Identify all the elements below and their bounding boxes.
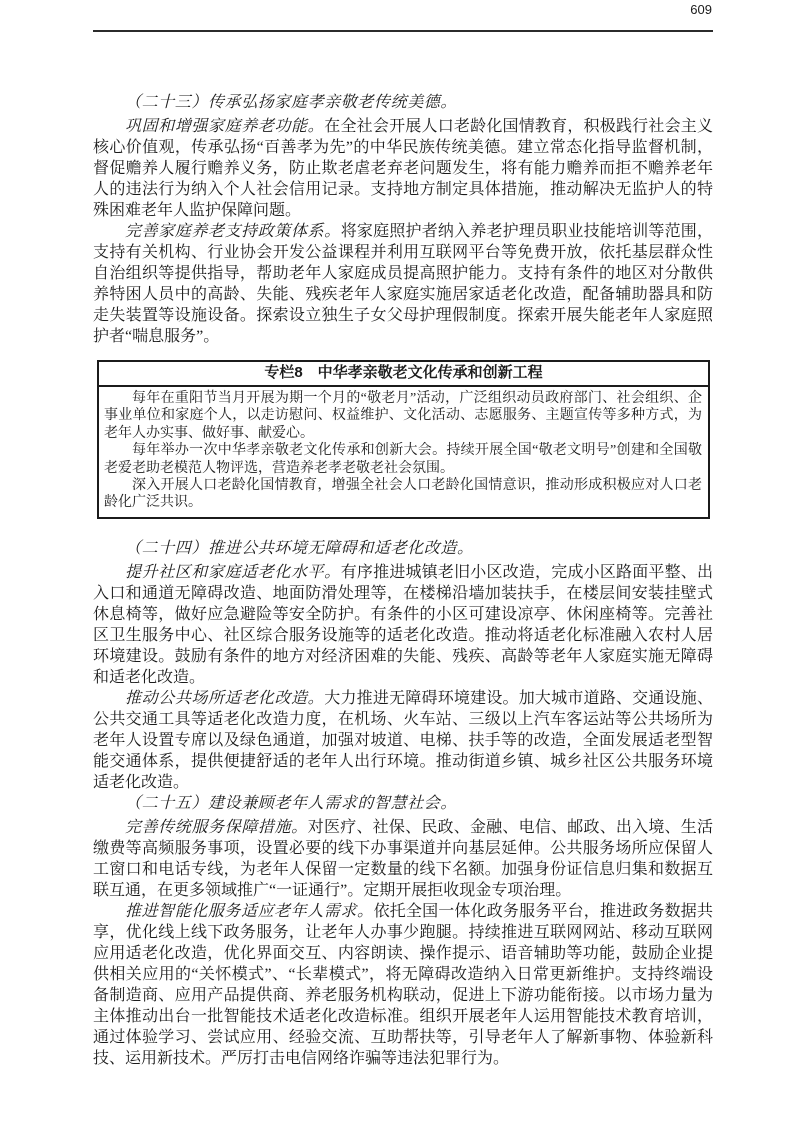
paragraph-lead: 巩固和增强家庭养老功能。 (125, 118, 324, 135)
box-paragraph: 每年在重阳节当月开展为期一个月的“敬老月”活动，广泛组织动员政府部门、社会组织、… (104, 390, 702, 442)
paragraph-family-support-functions: 巩固和增强家庭养老功能。在全社会开展人口老龄化国情教育，积极践行社会主义核心价值… (93, 116, 713, 221)
paragraph-lead: 推动公共场所适老化改造。 (125, 690, 324, 707)
column-box-body: 每年在重阳节当月开展为期一个月的“敬老月”活动，广泛组织动员政府部门、社会组织、… (99, 387, 708, 517)
document-content: （二十三）传承弘扬家庭孝亲敬老传统美德。 巩固和增强家庭养老功能。在全社会开展人… (93, 92, 713, 1069)
section-heading-24: （二十四）推进公共环境无障碍和适老化改造。 (93, 538, 713, 559)
box-paragraph: 每年举办一次中华孝亲敬老文化传承和创新大会。持续开展全国“敬老文明号”创建和全国… (104, 442, 702, 477)
paragraph-lead: 完善传统服务保障措施。 (125, 819, 308, 836)
document-page: { "page": { "number": "609" }, "content"… (0, 0, 793, 1122)
column-box-title: 专栏8 中华孝亲敬老文化传承和创新工程 (99, 362, 708, 387)
header-rule (93, 30, 713, 32)
paragraph-community-home-adaptation: 提升社区和家庭适老化水平。有序推进城镇老旧小区改造，完成小区路面平整、出入口和通… (93, 562, 713, 688)
paragraph-lead: 完善家庭养老支持政策体系。 (125, 223, 341, 240)
paragraph-public-places-adaptation: 推动公共场所适老化改造。大力推进无障碍环境建设。加大城市道路、交通设施、公共交通… (93, 688, 713, 793)
page-number: 609 (690, 2, 712, 17)
paragraph-lead: 提升社区和家庭适老化水平。 (125, 564, 341, 581)
section-heading-23: （二十三）传承弘扬家庭孝亲敬老传统美德。 (93, 92, 713, 113)
section-heading-25: （二十五）建设兼顾老年人需求的智慧社会。 (93, 793, 713, 814)
page-header: 609 (0, 0, 793, 17)
paragraph-lead: 推进智能化服务适应老年人需求。 (125, 903, 374, 920)
box-paragraph: 深入开展人口老龄化国情教育，增强全社会人口老龄化国情意识，推动形成积极应对人口老… (104, 477, 702, 512)
paragraph-text: 依托全国一体化政务服务平台，推进政务数据共享，优化线上线下政务服务，让老年人办事… (93, 903, 713, 1067)
paragraph-traditional-services: 完善传统服务保障措施。对医疗、社保、民政、金融、电信、邮政、出入境、生活缴费等高… (93, 817, 713, 901)
paragraph-text: 有序推进城镇老旧小区改造，完成小区路面平整、出入口和通道无障碍改造、地面防滑处理… (93, 564, 713, 686)
column-box-8: 专栏8 中华孝亲敬老文化传承和创新工程 每年在重阳节当月开展为期一个月的“敬老月… (97, 360, 710, 519)
paragraph-text: 将家庭照护者纳入养老护理员职业技能培训等范围，支持有关机构、行业协会开发公益课程… (93, 223, 713, 345)
paragraph-family-policy-system: 完善家庭养老支持政策体系。将家庭照护者纳入养老护理员职业技能培训等范围，支持有关… (93, 221, 713, 347)
paragraph-smart-services: 推进智能化服务适应老年人需求。依托全国一体化政务服务平台，推进政务数据共享，优化… (93, 901, 713, 1069)
